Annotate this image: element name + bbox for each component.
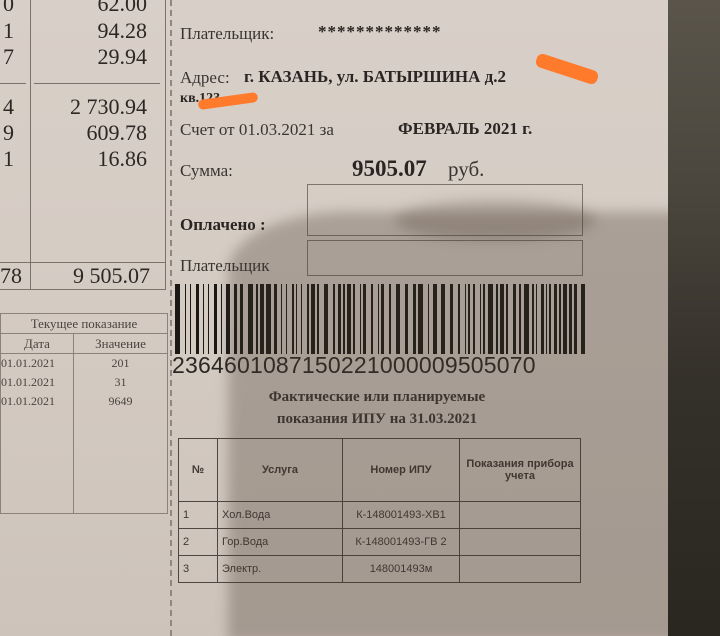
stub-rule-left	[0, 83, 26, 84]
reading-value: 31	[74, 373, 168, 392]
stub-amount: 94.28	[40, 18, 147, 44]
invoice-date: 01.03.2021	[239, 120, 316, 139]
invoice-prefix: Счет от 01.03.2021 за	[180, 120, 334, 140]
stub-cut-digit: 7	[0, 44, 14, 70]
background-table	[668, 0, 720, 636]
stub-amount: 609.78	[40, 120, 147, 146]
payer-value: *************	[318, 22, 442, 42]
perforation-line	[170, 0, 172, 636]
row-number: 2	[179, 529, 218, 556]
paid-label: Оплачено :	[180, 215, 266, 235]
col-date: Дата	[1, 334, 74, 354]
invoice-prefix-text: Счет от	[180, 120, 235, 139]
payer-label: Плательщик:	[180, 24, 274, 44]
invoice-for: за	[320, 120, 334, 139]
redaction-mark	[534, 52, 599, 85]
stub-cut-digit: 1	[0, 146, 14, 172]
stub-total-rule-bottom	[0, 289, 166, 290]
row-number: 3	[179, 556, 218, 583]
stub-total-cut: 78	[0, 263, 20, 289]
address-value: г. КАЗАНЬ, ул. БАТЫРШИНА д.2	[244, 67, 506, 87]
invoice-period: ФЕВРАЛЬ 2021 г.	[398, 119, 532, 139]
reading-value: 9649	[74, 392, 168, 411]
address-label: Адрес:	[180, 68, 230, 88]
stub-cut-digit: 9	[0, 120, 14, 146]
reading-value: 201	[74, 354, 168, 374]
reading-date: 01.01.2021	[1, 373, 74, 392]
reading-date: 01.01.2021	[1, 392, 74, 411]
hand-shadow	[228, 212, 668, 636]
sum-currency: руб.	[448, 157, 484, 182]
stub-amount: 29.94	[40, 44, 147, 70]
hand-shadow	[395, 200, 595, 240]
stub-total: 9 505.07	[40, 263, 150, 289]
col-value: Значение	[74, 334, 168, 354]
current-readings-table: Текущее показание Дата Значение 01.01.20…	[0, 313, 168, 514]
row-number: 1	[179, 502, 218, 529]
col-number: №	[179, 439, 218, 502]
stub-right-border	[165, 0, 166, 290]
stub-cut-digit: 4	[0, 94, 14, 120]
stub-cut-digit: 1	[0, 18, 14, 44]
stub-amount: 16.86	[40, 146, 147, 172]
sum-amount: 9505.07	[352, 156, 427, 182]
receipt-paper: 0 1 7 62.00 94.28 29.94 4 9 1 2 730.94 6…	[0, 0, 668, 636]
stub-column-divider	[30, 0, 31, 290]
stub-rule-right	[34, 83, 160, 84]
stub-cut-digit: 0	[0, 0, 14, 17]
sum-label: Сумма:	[180, 161, 233, 181]
readings-header: Текущее показание	[1, 314, 168, 334]
stub-amount: 62.00	[40, 0, 147, 17]
reading-date: 01.01.2021	[1, 354, 74, 374]
stub-amount: 2 730.94	[40, 94, 147, 120]
